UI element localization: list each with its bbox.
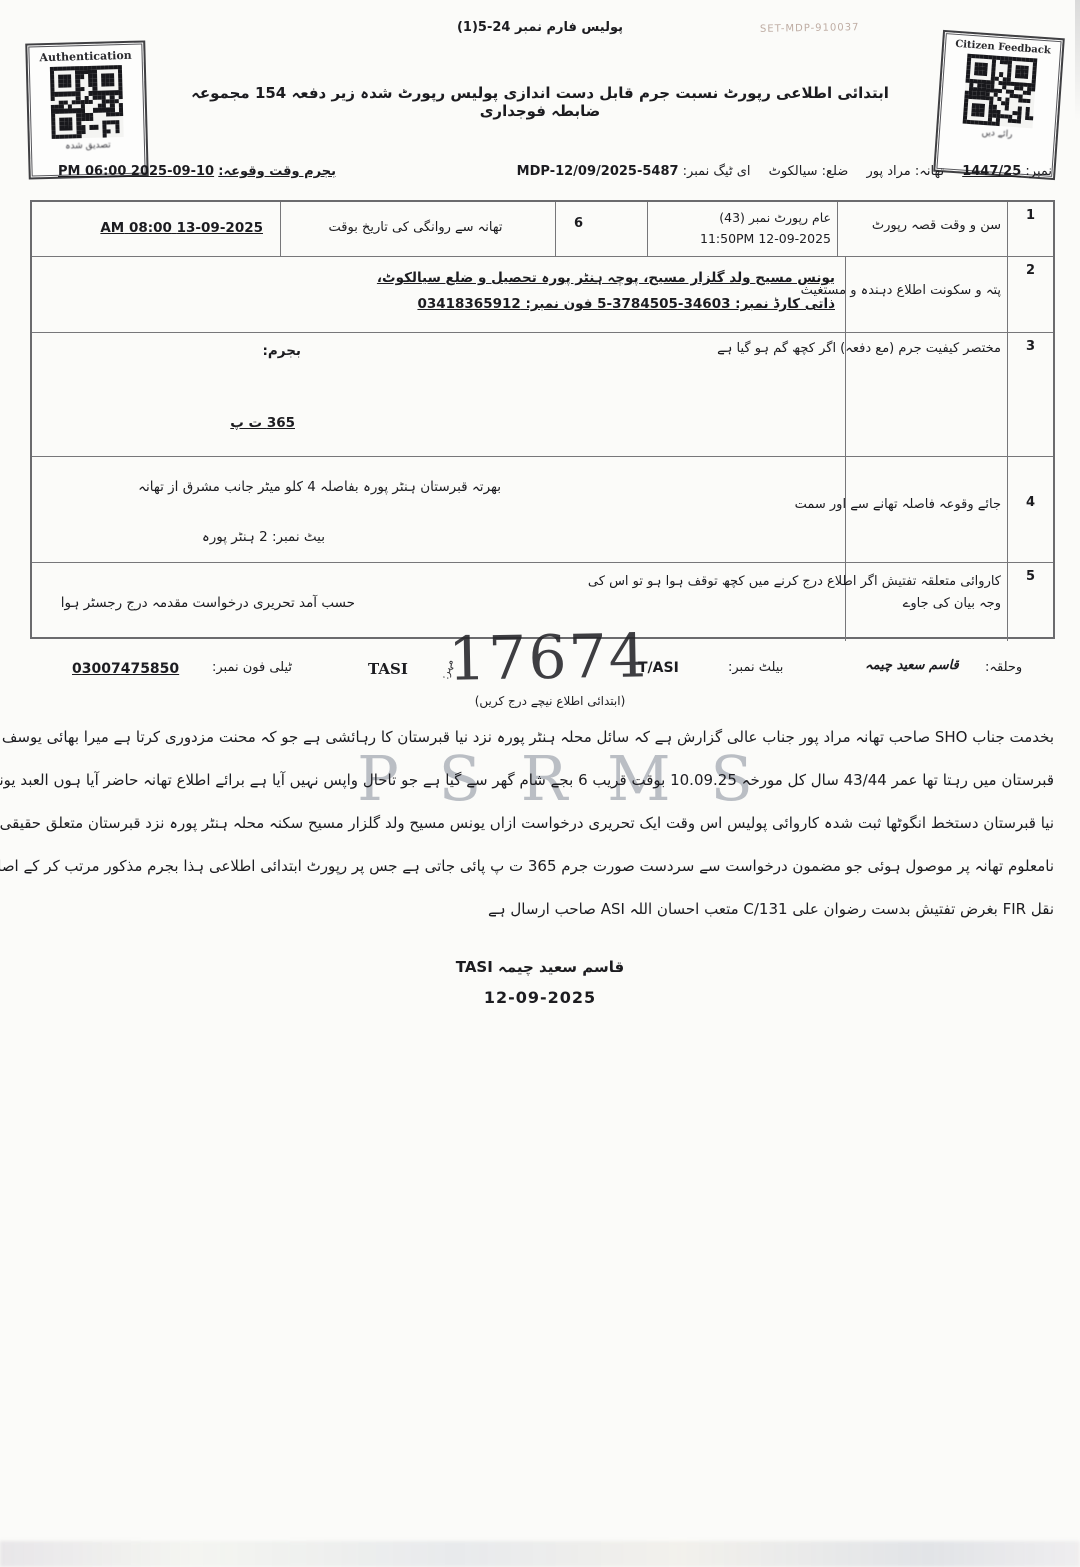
form-title: پولیس فارم نمبر 24-5(1) (340, 20, 740, 35)
authentication-stamp-title: Authentication (39, 49, 132, 64)
station-value: مراد پور (866, 164, 910, 179)
narrative-line: قبرستان میں رہتا تھا عمر 43/44 سال کل مو… (26, 759, 1054, 802)
row6-number: 6 (556, 216, 601, 231)
fir-number-value: 1447/25 (962, 164, 1021, 179)
etag-label: ای ٹیگ نمبر: (683, 164, 751, 179)
row4-value-place: بھرتہ قبرستان ہنٹر پورہ بفاصلہ 4 کلو میٹ… (138, 479, 501, 495)
row3-number: 3 (1008, 339, 1053, 354)
row4-label: جائے وقوعہ فاصلہ تھانے سے اور سمت (641, 497, 1001, 512)
citizen-feedback-stamp-caption: رائے دیں (981, 128, 1012, 140)
narrative-line: نامعلوم تھانہ پر موصول ہوئی جو مضمون درخ… (26, 845, 1054, 888)
meta-line-left: بجرم وقت وقوعہ: 10-09-2025 06:00 PM (58, 164, 336, 179)
row1-label: سن و وقت قصہ رپورٹ (843, 218, 1001, 233)
initial-information-note: (ابتدائی اطلاع نیچے درج کریں) (420, 694, 680, 708)
occurrence-time-value: 10-09-2025 06:00 PM (58, 164, 214, 179)
row1-value-report-number: عام رپورٹ نمبر (43) (653, 207, 831, 228)
narrative-line: نیا قبرستان دستخط انگوٹھا ثبت شدہ کاروائ… (26, 802, 1054, 845)
belt-number-label: بیلٹ نمبر: (728, 660, 783, 675)
row2-value-complainant: یونس مسیح ولد گلزار مسیح، پوچہ ہنٹر پورہ… (55, 265, 835, 291)
occurrence-time-label: بجرم وقت وقوعہ: (218, 164, 336, 179)
row4-value-beat-number: بیٹ نمبر: 2 ہنٹر پورہ (202, 529, 325, 545)
fir-header-line: ابتدائی اطلاعی رپورٹ نسبت جرم قابل دست ا… (190, 84, 890, 120)
narrative-line: بخدمت جناب SHO صاحب تھانہ مراد پور جناب … (26, 716, 1054, 759)
district-value: سیالکوٹ (769, 164, 818, 179)
fir-narrative: بخدمت جناب SHO صاحب تھانہ مراد پور جناب … (26, 716, 1054, 931)
row6-value-departure-datetime: 13-09-2025 08:00 AM (100, 220, 263, 236)
row4-number: 4 (1008, 495, 1053, 510)
row3-label: مختصر کیفیت جرم (مع دفعہ) اگر کچھ گم ہو … (601, 341, 1001, 356)
row2-value: یونس مسیح ولد گلزار مسیح، پوچہ ہنٹر پورہ… (55, 265, 835, 317)
fir-number-label: نمبر: (1025, 164, 1052, 179)
authentication-qr-code (50, 65, 124, 139)
row3-value-section: 365 ت پ (230, 415, 295, 431)
row2-number: 2 (1008, 263, 1053, 278)
signature-name: قاسم سعید چیمہ TASI (390, 958, 690, 976)
telephone-label: ٹیلی فون نمبر: (212, 660, 292, 675)
fir-table: 1 سن و وقت قصہ رپورٹ عام رپورٹ نمبر (43)… (30, 200, 1055, 639)
row5-value-action: حسب آمد تحریری درخواست مقدمہ درج رجسٹر ہ… (61, 595, 355, 611)
circle-label: وحلقہ: (985, 660, 1022, 675)
authentication-stamp-caption: تصدیق شدہ (65, 140, 111, 151)
table-row-2: 2 پتہ و سکونت اطلاع دہندہ و مستغیث یونس … (32, 257, 1053, 333)
seal-number-stamp: 17674 (447, 626, 649, 689)
authentication-stamp: Authentication تصدیق شدہ (25, 40, 149, 179)
meta-line-right: نمبر: 1447/25 تھانہ: مراد پور ضلع: سیالک… (517, 164, 1052, 179)
row1-value: عام رپورٹ نمبر (43) 12-09-2025 11:50PM (653, 207, 831, 249)
citizen-feedback-qr-code (963, 54, 1038, 129)
narrative-line: نقل FIR بغرض تفتیش بدست رضوان علی C/131 … (26, 888, 1054, 931)
rank-tasi: TASI (368, 660, 408, 678)
table-row-4: 4 جائے وقوعہ فاصلہ تھانے سے اور سمت بھرت… (32, 457, 1053, 563)
row3-value-offence: بجرم: (263, 343, 302, 359)
row6-label: تھانہ سے روانگی کی تاریخ بوقت (288, 220, 543, 235)
table-row-3: 3 مختصر کیفیت جرم (مع دفعہ) اگر کچھ گم ہ… (32, 333, 1053, 457)
scan-edge-shadow (1075, 0, 1080, 120)
row1-value-datetime: 12-09-2025 11:50PM (653, 228, 831, 249)
district-label: ضلع: (822, 164, 849, 179)
citizen-feedback-stamp: Citizen Feedback رائے دیں (933, 30, 1065, 180)
telephone-value: 03007475850 (72, 661, 179, 677)
row5-label: کاروائی متعلقہ تفتیش اگر اطلاع درج کرنے … (571, 571, 1001, 615)
row5-number: 5 (1008, 569, 1053, 584)
row2-value-cnic-phone: ذاتی کارڈ نمبر: 34603-3784505-5 فون نمبر… (55, 291, 835, 317)
fir-document-page: { "page": { "form_title": "پولیس فارم نم… (0, 0, 1080, 1567)
officer-name: قاسم سعید چیمہ (865, 658, 959, 673)
scan-noise-strip (0, 1541, 1080, 1567)
table-row-1-and-6: 1 سن و وقت قصہ رپورٹ عام رپورٹ نمبر (43)… (32, 202, 1053, 257)
etag-value: MDP-12/09/2025-5487 (517, 164, 679, 179)
row1-number: 1 (1008, 208, 1053, 223)
serial-number-faint: SET-MDP-910037 (760, 20, 970, 35)
signature-date: 12-09-2025 (390, 988, 690, 1007)
station-label: تھانہ: (915, 164, 944, 179)
